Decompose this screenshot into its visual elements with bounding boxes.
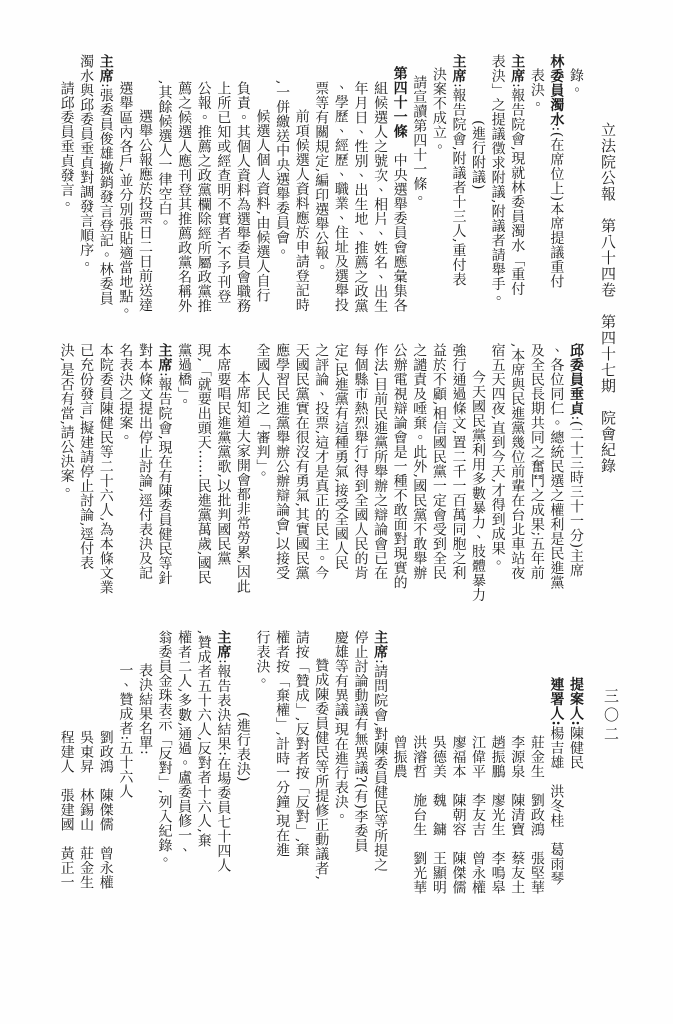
text-column: 作法,目前民進黨所舉辦之辯論會已在	[369, 343, 389, 624]
text-column: 票等有關規定,編印選舉公報。	[311, 54, 331, 337]
text-column: 及全民長期共同之奮鬥之成果;五年前	[526, 343, 546, 624]
text-column: 趙振鵬 廖光生 李鳴皋	[487, 630, 507, 900]
text-column: 濁水與邱委員垂貞對調發言順序。	[76, 54, 96, 337]
text-column: 定,民進黨有這種勇氣,接受全國人民	[330, 343, 350, 624]
text-column: 公報。推薦之政黨欄除經所屬政黨推	[193, 54, 213, 337]
text-column: 吳德美 魏 鏞 王顯明	[428, 630, 448, 900]
text-column: 公辦電視辯論會是一種不敢面對現實的	[389, 343, 409, 624]
text-column: 本院委員陳健民等二十六人,為本條文業	[95, 343, 115, 624]
text-column: 主席:報告院會,附議者十三人,重付表	[448, 54, 468, 337]
text-column: 選舉公報應於投票日二日前送達	[134, 54, 154, 337]
text-column: 林委員濁水:(在席位上)本席提議重付	[546, 54, 566, 337]
text-column: 決,是否有當,請公決案。	[56, 343, 76, 624]
text-column: 請邱委員垂貞發言。	[56, 54, 76, 337]
text-column: 權者二人,多數,通過。盧委員修一、	[174, 630, 194, 900]
text-column: 程建人 張建國 黃正一	[56, 630, 76, 900]
text-column: 本席要唱民進黨黨歌,以批判國民黨	[213, 343, 233, 624]
text-column: 主席:張委員俊雄撤銷發言登記。林委員	[95, 54, 115, 337]
text-column: ,本席與民進黨幾位前輩在台北車站夜	[507, 343, 527, 624]
text-column: 表決。	[526, 54, 546, 337]
text-column: 第四十一條 中央選舉委員會應彙集各	[389, 54, 409, 337]
text-column: 莊金生 劉政鴻 張堅華	[526, 630, 546, 900]
text-column: ,贊成者五十六人,反對者十六人,棄	[193, 630, 213, 900]
text-column: 主席:報告院會,現就林委員濁水「重付	[507, 54, 527, 337]
text-column: 益於不顧,相信國民黨一定會受到全民	[428, 343, 448, 624]
text-column: 請按「贊成」,反對者按「反對」,棄	[291, 630, 311, 900]
text-column: 廖福本 陳朝容 陳傑儒	[448, 630, 468, 900]
text-column: (進行表決)	[232, 630, 252, 900]
text-column: 候選人個人資料,由候選人自行	[252, 54, 272, 337]
text-column: (進行附議)	[467, 54, 487, 337]
text-column: 名表決之提案。	[115, 343, 135, 624]
text-column: 洪濬哲 施台生 劉光華	[409, 630, 429, 900]
text-column: 、各位同仁。總統民選之權利是民進黨	[546, 343, 566, 624]
text-column: 主席:報告表決結果:在場委員七十四人	[213, 630, 233, 900]
text-column: 李源泉 陳清寶 蔡友土	[507, 630, 527, 900]
text-column: 上所已知或經查明不實者,不予刊登	[213, 54, 233, 337]
text-column: 曾振農	[389, 630, 409, 900]
text-column: 前項候選人資料應於申請登記時	[291, 54, 311, 337]
text-column: 對本條文提出停止討論,逕付表決及記	[134, 343, 154, 624]
text-column: 天國民黨實在很沒有勇氣,其實國民黨	[291, 343, 311, 624]
text-column: 行表決。	[252, 630, 272, 900]
text-column: 應學習民進黨舉辦公辦辯論會,以接受	[272, 343, 292, 624]
text-column: 停止討論動議有無異議?(有)李委員	[350, 630, 370, 900]
text-column: ,其餘候選人一律空白。	[154, 54, 174, 337]
text-register-top: 錄。林委員濁水:(在席位上)本席提議重付表決。主席:報告院會,現就林委員濁水「重…	[43, 54, 585, 337]
text-column: 慶雄等有異議,現在進行表決。	[330, 630, 350, 900]
text-column: 贊成陳委員健民等所提修正動議者,	[311, 630, 331, 900]
text-column: 年月日、性別、出生地、推薦之政黨	[350, 54, 370, 337]
text-column: 薦之候選人應刊登其推薦政黨名稱外	[174, 54, 194, 337]
text-column: 已充份發言,擬建請停止討論,逕付表	[76, 343, 96, 624]
text-column: 一、贊成者:五十六人	[115, 630, 135, 900]
page-number: 三〇二	[601, 688, 622, 745]
text-column: 負責。其個人資料為選舉委員會職務	[232, 54, 252, 337]
text-column: 錄。	[565, 54, 585, 337]
text-column: 連署人:楊吉雄 洪冬桂 葛雨琴	[546, 630, 566, 900]
text-column: 主席:報告院會,現在有陳委員健民等針	[154, 343, 174, 624]
text-column: 今天國民黨利用多數暴力、肢體暴力	[467, 343, 487, 624]
text-column: 表決結果名單:	[134, 630, 154, 900]
text-column: 每個縣市熱烈舉行,得到全國人民的肯	[350, 343, 370, 624]
text-column: 本席知道大家開會都非常勞累,因此	[232, 343, 252, 624]
text-column: 江偉平 李友吉 曾永權	[467, 630, 487, 900]
text-register-bottom: 提案人:陳健民連署人:楊吉雄 洪冬桂 葛雨琴莊金生 劉政鴻 張堅華李源泉 陳清寶…	[43, 630, 585, 900]
text-column: 現,「就要出頭天……民進黨萬歲,國民	[193, 343, 213, 624]
gazette-page: 立法院公報 第八十四卷 第四十七期 院會紀錄 三〇二 錄。林委員濁水:(在席位上…	[0, 0, 673, 1024]
text-column: 決案不成立。	[428, 54, 448, 337]
text-column: 權者按「棄權」,計時一分鐘,現在進	[272, 630, 292, 900]
volume-header: 立法院公報 第八十四卷 第四十七期 院會紀錄	[598, 122, 619, 474]
text-column: 黨過橋」。	[174, 343, 194, 624]
text-column: 組候選人之號次、相片、姓名、出生	[369, 54, 389, 337]
text-column: 表決」之提議徵求附議,附議者請舉手。	[487, 54, 507, 337]
text-register-middle: 邱委員垂貞:(二十三時三十一分)主席、各位同仁。總統民選之權利是民進黨及全民長期…	[43, 343, 585, 624]
text-column: 吳東昇 林錫山 莊金生	[76, 630, 96, 900]
text-column: 宿五天四夜,直到今天,才得到成果。	[487, 343, 507, 624]
text-column: ,一併繳送中央選舉委員會。	[272, 54, 292, 337]
text-column: 之譴責及唾棄。此外,國民黨不敢舉辦	[409, 343, 429, 624]
text-column: 、學歷、經歷、職業、住址及選舉投	[330, 54, 350, 337]
text-column: 強行通過條文,置二千一百萬同胞之利	[448, 343, 468, 624]
text-column: 之評論、投票,這才是真正的民主。今	[311, 343, 331, 624]
text-column: 選舉區內各戶,並分別張貼適當地點。	[115, 54, 135, 337]
text-column: 請宣讀第四十一條。	[409, 54, 429, 337]
text-column: 劉政鴻 陳傑儒 曾永權	[95, 630, 115, 900]
text-column: 提案人:陳健民	[565, 630, 585, 900]
text-column: 翁委員金珠表示「反對」,列入紀錄。	[154, 630, 174, 900]
text-column: 邱委員垂貞:(二十三時三十一分)主席	[565, 343, 585, 624]
text-column: 全國人民之「審判」。	[252, 343, 272, 624]
text-column: 主席:請問院會,對陳委員健民等所提之	[369, 630, 389, 900]
